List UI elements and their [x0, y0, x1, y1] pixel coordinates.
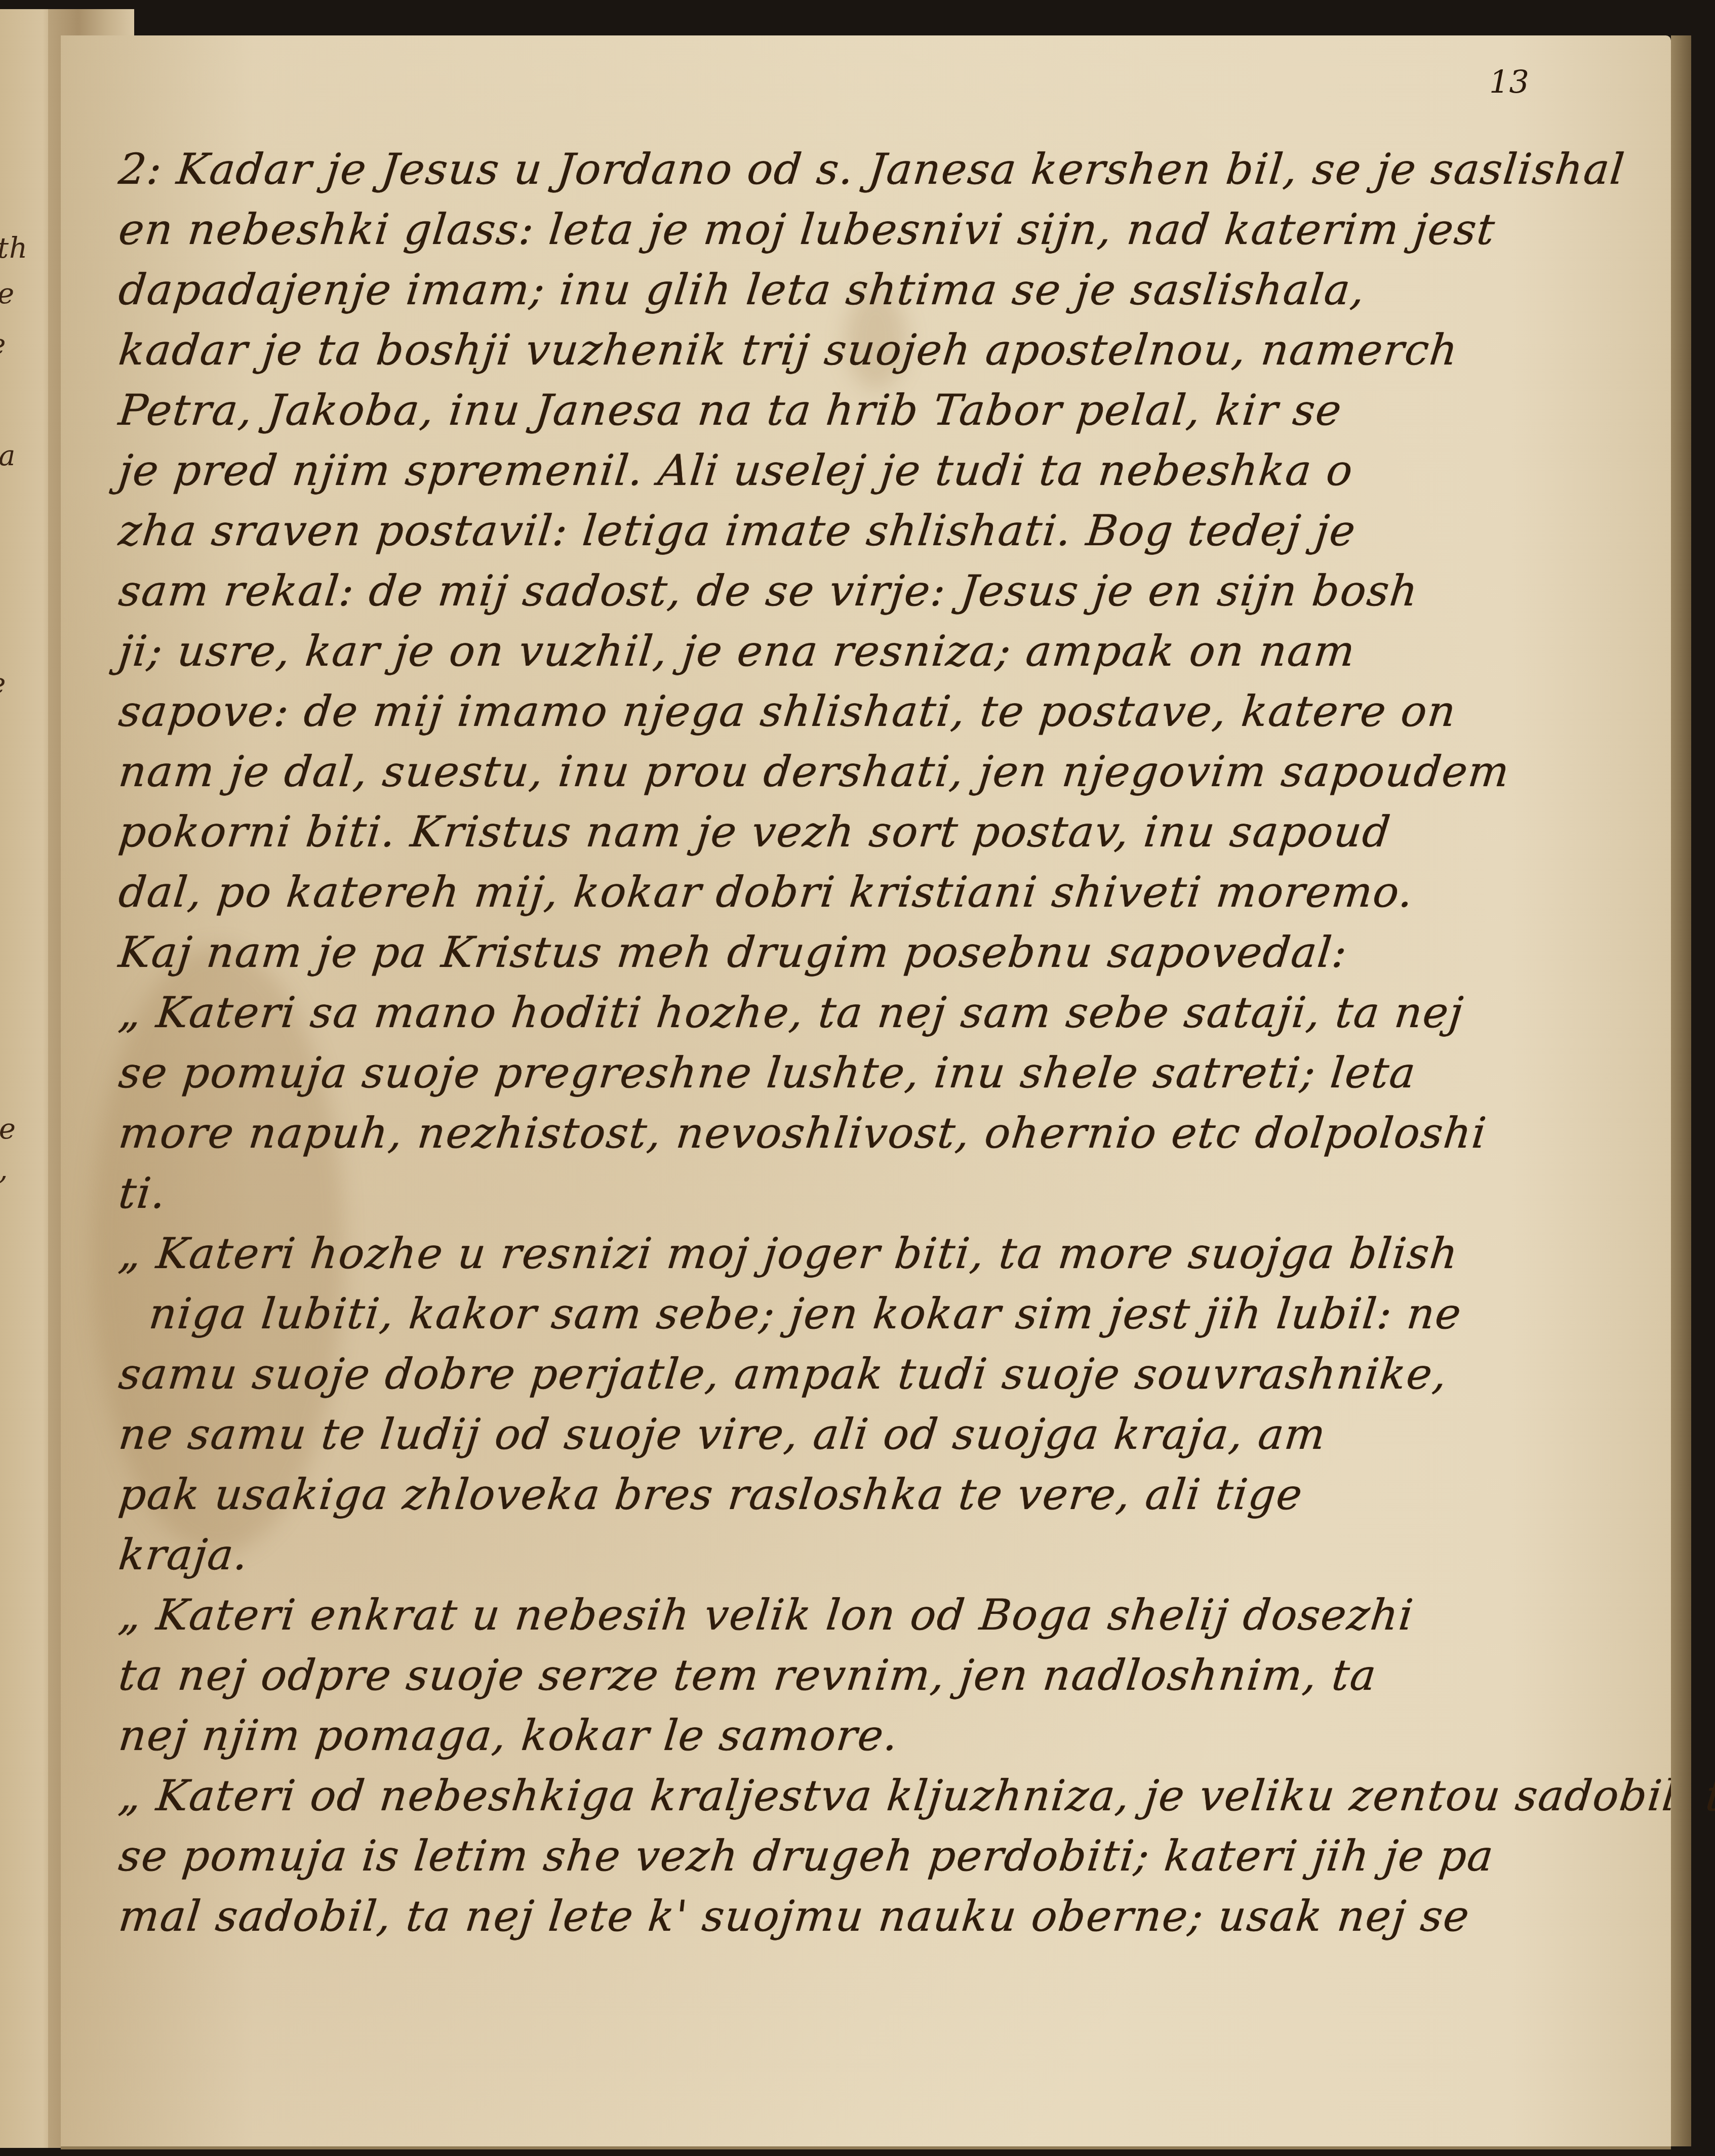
text-line: ji; usre, kar je on vuzhil, je ena resni… [116, 621, 1631, 681]
text-line: more napuh, nezhistost, nevoshlivost, oh… [116, 1103, 1631, 1163]
text-line: dal, po katereh mij, kokar dobri kristia… [116, 862, 1631, 922]
text-line: nam je dal, suestu, inu prou dershati, j… [116, 742, 1631, 802]
manuscript-page: 13 2: Kadar je Jesus u Jordano od s. Jan… [61, 35, 1671, 2149]
text-line: nej njim pomaga, kokar le samore. [116, 1705, 1631, 1766]
text-line: „ Kateri od nebeshkiga kraljestva kljuzh… [116, 1766, 1631, 1826]
text-line: se pomuja suoje pregreshne lushte, inu s… [116, 1043, 1631, 1103]
text-line: ta nej odpre suoje serze tem revnim, jen… [116, 1645, 1631, 1705]
text-line: sapove: de mij imamo njega shlishati, te… [116, 681, 1631, 742]
text-line: ne samu te ludij od suoje vire, ali od s… [116, 1404, 1631, 1465]
text-line: je pred njim spremenil. Ali uselej je tu… [116, 440, 1631, 501]
text-line: pokorni biti. Kristus nam je vezh sort p… [116, 802, 1631, 862]
text-line: pak usakiga zhloveka bres rasloshka te v… [116, 1465, 1631, 1525]
text-line: sam rekal: de mij sadost, de se virje: J… [116, 561, 1631, 621]
text-line: dapadajenje imam; inu glih leta shtima s… [116, 260, 1631, 320]
page-number: 13 [1489, 63, 1529, 100]
text-line: Petra, Jakoba, inu Janesa na ta hrib Tab… [116, 380, 1631, 440]
text-line: niga lubiti, kakor sam sebe; jen kokar s… [116, 1284, 1631, 1344]
text-line: kraja. [116, 1525, 1631, 1585]
text-line: 2: Kadar je Jesus u Jordano od s. Janesa… [116, 139, 1631, 199]
text-line: kadar je ta boshji vuzhenik trij suojeh … [116, 320, 1631, 380]
text-line: „ Kateri hozhe u resnizi moj joger biti,… [116, 1224, 1631, 1284]
text-line: mal sadobil, ta nej lete k' suojmu nauku… [116, 1886, 1631, 1946]
text-line: zha sraven postavil: letiga imate shlish… [116, 501, 1631, 561]
text-line: Kaj nam je pa Kristus meh drugim posebnu… [116, 922, 1631, 983]
text-line: „ Kateri sa mano hoditi hozhe, ta nej sa… [116, 983, 1631, 1043]
manuscript-text: 2: Kadar je Jesus u Jordano od s. Janesa… [119, 139, 1628, 1946]
text-line: samu suoje dobre perjatle, ampak tudi su… [116, 1344, 1631, 1404]
text-line: „ Kateri enkrat u nebesih velik lon od B… [116, 1585, 1631, 1645]
text-line: en nebeshki glass: leta je moj lubesnivi… [116, 199, 1631, 260]
text-line: ti. [116, 1163, 1631, 1224]
text-line: se pomuja is letim she vezh drugeh perdo… [116, 1826, 1631, 1886]
